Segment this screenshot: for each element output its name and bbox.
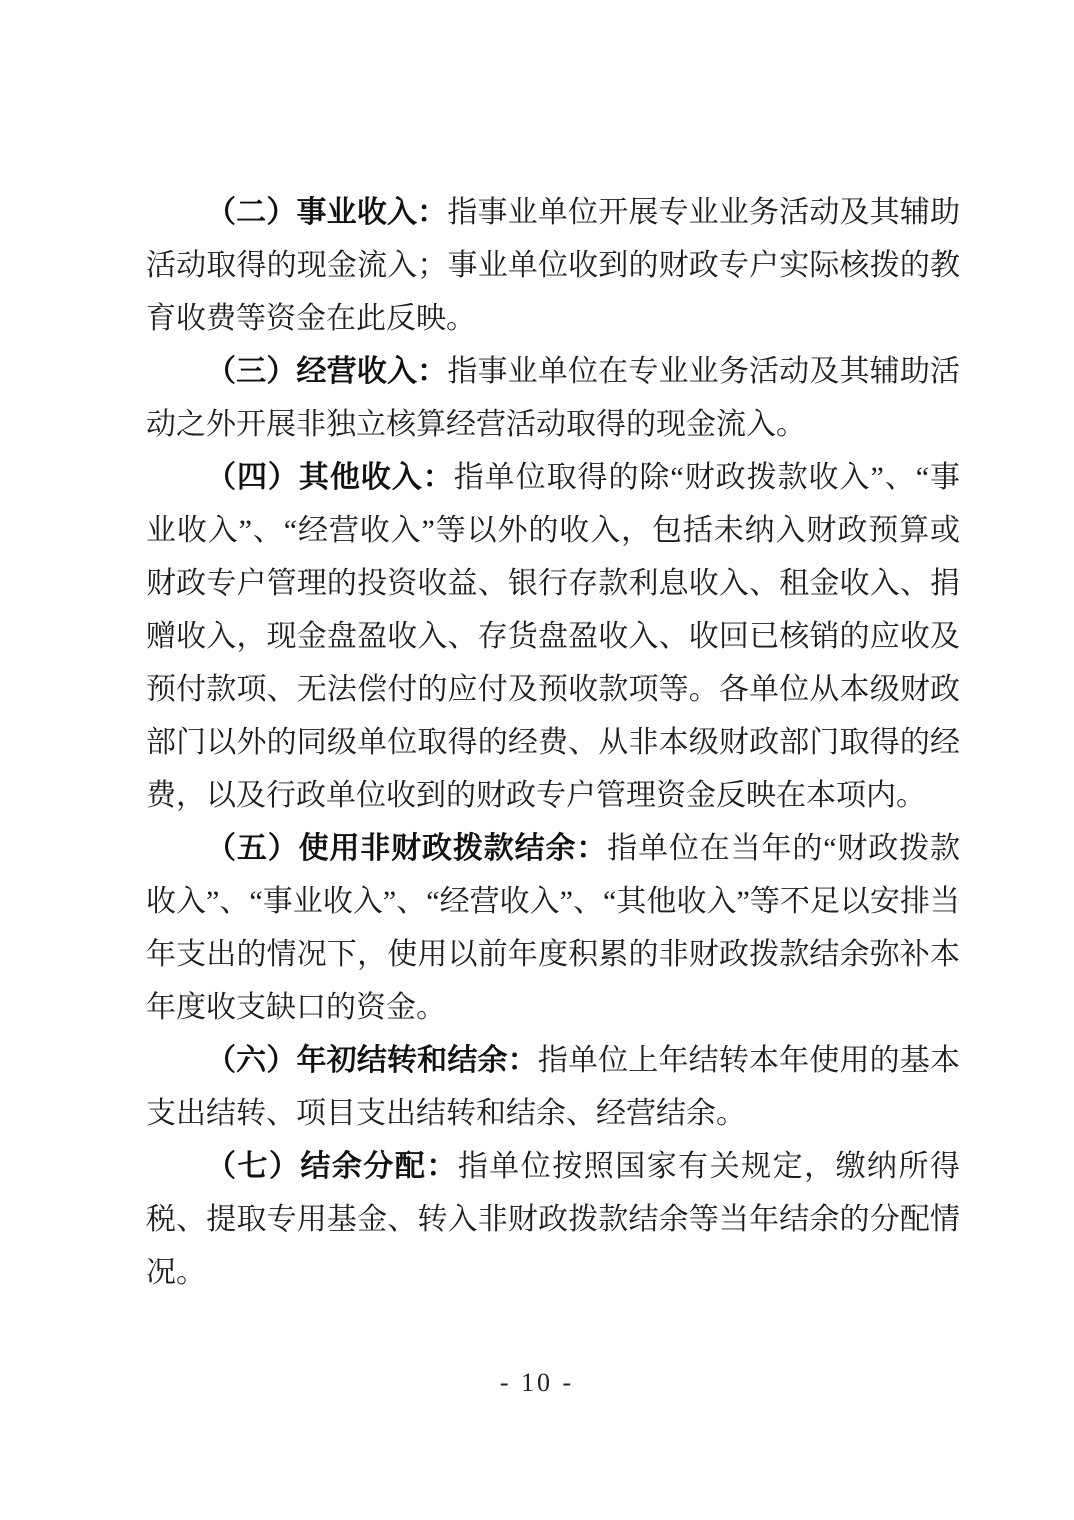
paragraph: （六）年初结转和结余：指单位上年结转本年使用的基本支出结转、项目支出结转和结余、… <box>146 1034 960 1140</box>
paragraph-lead: （七）结余分配： <box>206 1150 458 1183</box>
paragraph-lead: （五）使用非财政拨款结余： <box>206 832 607 865</box>
paragraph: （二）事业收入：指事业单位开展专业业务活动及其辅助活动取得的现金流入；事业单位收… <box>146 186 960 345</box>
paragraph-lead: （四）其他收入： <box>206 461 454 494</box>
paragraph-lead: （三）经营收入： <box>206 355 447 388</box>
document-body: （二）事业收入：指事业单位开展专业业务活动及其辅助活动取得的现金流入；事业单位收… <box>146 186 960 1299</box>
paragraph-lead: （六）年初结转和结余： <box>206 1044 538 1077</box>
page-number: - 10 - <box>0 1368 1074 1398</box>
paragraph-lead: （二）事业收入： <box>206 196 447 229</box>
paragraph-text: 指单位取得的除“财政拨款收入”、“事业收入”、“经营收入”等以外的收入，包括未纳… <box>146 461 960 812</box>
paragraph: （五）使用非财政拨款结余：指单位在当年的“财政拨款收入”、“事业收入”、“经营收… <box>146 822 960 1034</box>
paragraph: （七）结余分配：指单位按照国家有关规定，缴纳所得税、提取专用基金、转入非财政拨款… <box>146 1140 960 1299</box>
paragraph: （三）经营收入：指事业单位在专业业务活动及其辅助活动之外开展非独立核算经营活动取… <box>146 345 960 451</box>
document-page: （二）事业收入：指事业单位开展专业业务活动及其辅助活动取得的现金流入；事业单位收… <box>0 0 1074 1520</box>
paragraph: （四）其他收入：指单位取得的除“财政拨款收入”、“事业收入”、“经营收入”等以外… <box>146 451 960 822</box>
